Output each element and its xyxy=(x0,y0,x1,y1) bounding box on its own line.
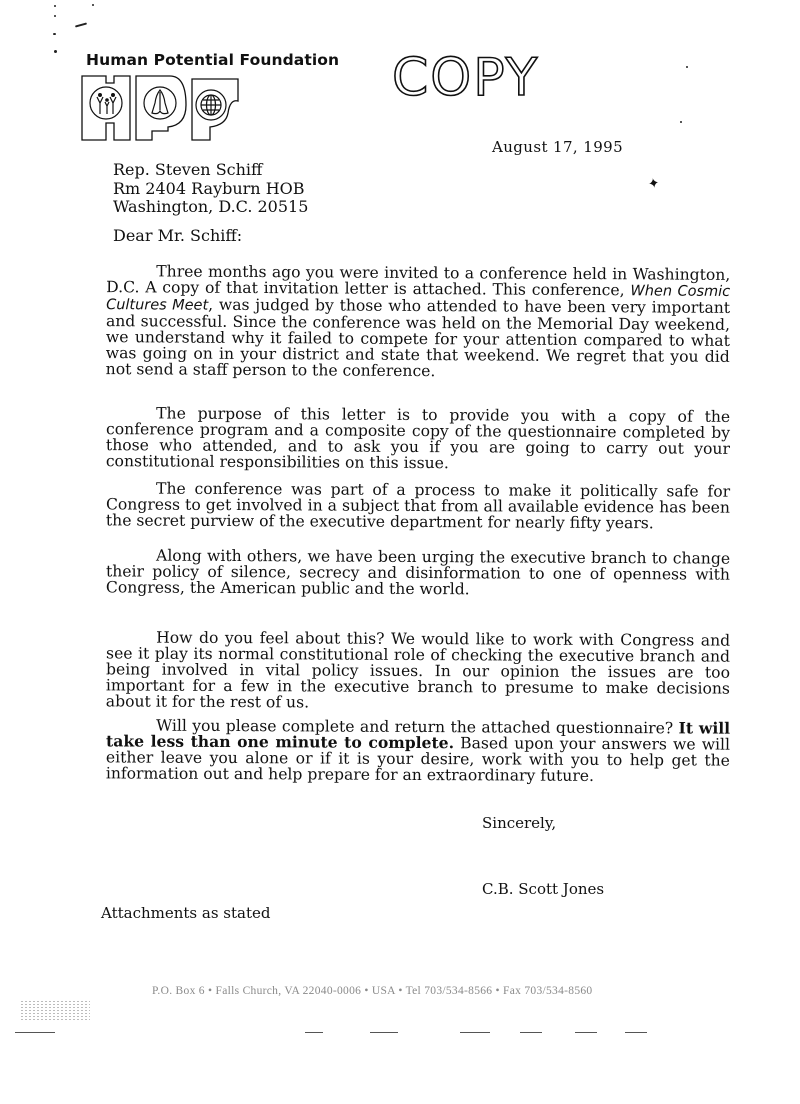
family-icon xyxy=(90,87,122,119)
signer-name: C.B. Scott Jones xyxy=(482,880,604,898)
bird-mark-icon: ✦ xyxy=(647,175,661,193)
organization-name: Human Potential Foundation xyxy=(86,51,339,69)
footer-rule xyxy=(305,1032,323,1033)
footer-rule xyxy=(460,1032,490,1033)
scan-speck xyxy=(92,4,94,6)
scan-speck xyxy=(686,66,688,68)
footer-rule xyxy=(370,1032,398,1033)
footer-address: P.O. Box 6 • Falls Church, VA 22040-0006… xyxy=(152,985,592,997)
footer-rule xyxy=(15,1032,55,1033)
paragraph-6: Will you please complete and return the … xyxy=(106,717,730,784)
paragraph-5: How do you feel about this? We would lik… xyxy=(106,629,730,712)
paragraph-3: The conference was part of a process to … xyxy=(106,480,730,531)
scan-speck xyxy=(54,50,57,53)
paragraph-2: The purpose of this letter is to provide… xyxy=(106,405,730,473)
paragraph-1: Three months ago you were invited to a c… xyxy=(106,263,731,381)
recipient-address: Rep. Steven Schiff Rm 2404 Rayburn HOB W… xyxy=(113,161,308,217)
closing: Sincerely, xyxy=(482,814,556,832)
footer-rule xyxy=(575,1032,597,1033)
globe-icon xyxy=(196,90,226,120)
praying-hands-icon xyxy=(144,87,176,119)
footer-rule xyxy=(520,1032,542,1033)
letter-page: Human Potential Foundation COPY xyxy=(0,0,800,1104)
attachments-note: Attachments as stated xyxy=(101,904,270,922)
copy-stamp: COPY xyxy=(392,52,539,104)
recipient-address-line1: Rm 2404 Rayburn HOB xyxy=(113,180,308,199)
scan-speck xyxy=(54,15,56,17)
scan-speck xyxy=(680,121,682,123)
scan-speck xyxy=(53,33,56,35)
paragraph-4: Along with others, we have been urging t… xyxy=(106,547,730,598)
salutation: Dear Mr. Schiff: xyxy=(113,226,242,245)
recipient-name: Rep. Steven Schiff xyxy=(113,161,308,180)
letter-date: August 17, 1995 xyxy=(492,138,623,156)
hpf-logo xyxy=(80,73,240,143)
scan-noise xyxy=(20,1000,90,1022)
footer-rule xyxy=(625,1032,647,1033)
recipient-address-line2: Washington, D.C. 20515 xyxy=(113,198,308,217)
scan-speck xyxy=(54,5,56,7)
scan-speck xyxy=(75,22,87,27)
